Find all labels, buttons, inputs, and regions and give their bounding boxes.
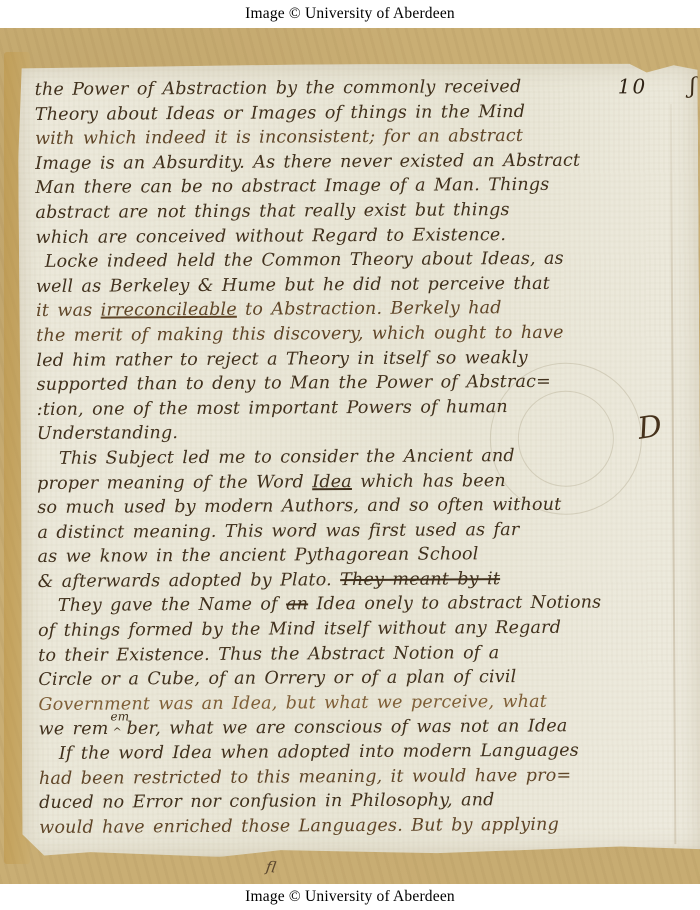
manuscript-segment: abstract are not things that really exis… <box>35 200 509 223</box>
manuscript-segment: If the word Idea when adopted into moder… <box>59 741 579 764</box>
manuscript-segment: duced no Error nor confusion in Philosop… <box>39 790 495 813</box>
manuscript-line: They gave the Name of an Idea onely to a… <box>58 590 697 618</box>
manuscript-segment: with which indeed it is inconsistent; fo… <box>35 126 523 149</box>
manuscript-segment: Image is an Absurdity. As there never ex… <box>35 150 580 173</box>
ink-bleed-mark: fl <box>265 857 277 876</box>
manuscript-segment: Circle or a Cube, of an Orrery or of a p… <box>38 667 516 690</box>
manuscript-segment: the Power of Abstraction by the commonly… <box>35 77 522 100</box>
manuscript-segment: it was <box>36 301 101 321</box>
manuscript-segment: well as Berkeley & Hume but he did not p… <box>36 274 550 297</box>
manuscript-segment: so much used by modern Authors, and so o… <box>37 495 561 518</box>
manuscript-segment: proper meaning of the Word <box>37 472 312 494</box>
manuscript-segment: ber, what we are conscious of was not an… <box>127 717 568 740</box>
manuscript-text: the Power of Abstraction by the commonly… <box>35 74 699 858</box>
manuscript-line: would have enriched those Languages. But… <box>39 812 698 841</box>
manuscript-segment: They gave the Name of <box>58 595 286 616</box>
manuscript-segment: Theory about Ideas or Images of things i… <box>35 102 525 125</box>
manuscript-segment: & afterwards adopted by Plato. <box>38 570 341 592</box>
copyright-text-top: Image © University of Aberdeen <box>245 5 455 23</box>
underlined-word: Idea <box>312 472 352 492</box>
manuscript-segment: which are conceived without Regard to Ex… <box>36 225 507 248</box>
manuscript-segment: to their Existence. Thus the Abstract No… <box>38 643 499 666</box>
scan-area: 10 D ʃ the Power of Abstraction by the c… <box>0 28 700 884</box>
manuscript-segment: This Subject led me to consider the Anci… <box>59 446 515 469</box>
manuscript-segment: a distinct meaning. This word was first … <box>37 520 519 543</box>
manuscript-segment: :tion, one of the most important Powers … <box>37 397 508 420</box>
top-copyright-banner: Image © University of Aberdeen <box>0 0 700 28</box>
struck-through-text: They meant by it <box>340 569 500 590</box>
underlined-word: irreconcileable <box>101 300 237 321</box>
manuscript-segment: of things formed by the Mind itself with… <box>38 618 561 641</box>
manuscript-segment: would have enriched those Languages. But… <box>39 815 559 838</box>
manuscript-segment: Man there can be no abstract Image of a … <box>35 175 549 198</box>
manuscript-segment: as we know in the ancient Pythagorean Sc… <box>38 545 479 568</box>
manuscript-segment: we rem <box>39 719 109 739</box>
manuscript-segment: had been restricted to this meaning, it … <box>39 765 572 788</box>
struck-through-text: an <box>286 595 308 615</box>
inserted-text-above-line: em <box>108 717 126 735</box>
copyright-text-bottom: Image © University of Aberdeen <box>245 888 455 906</box>
manuscript-segment: led him rather to reject a Theory in its… <box>36 348 528 371</box>
manuscript-segment: supported than to deny to Man the Power … <box>36 372 551 395</box>
manuscript-page: 10 D ʃ the Power of Abstraction by the c… <box>18 62 700 858</box>
manuscript-segment: Idea onely to abstract Notions <box>308 593 601 615</box>
manuscript-segment: the merit of making this discovery, whic… <box>36 323 563 346</box>
manuscript-segment: which has been <box>352 471 506 492</box>
manuscript-segment: Understanding. <box>37 423 178 444</box>
bottom-copyright-banner: Image © University of Aberdeen <box>0 884 700 910</box>
manuscript-segment: Locke indeed held the Common Theory abou… <box>45 249 564 272</box>
manuscript-segment: to Abstraction. Berkely had <box>237 298 502 320</box>
